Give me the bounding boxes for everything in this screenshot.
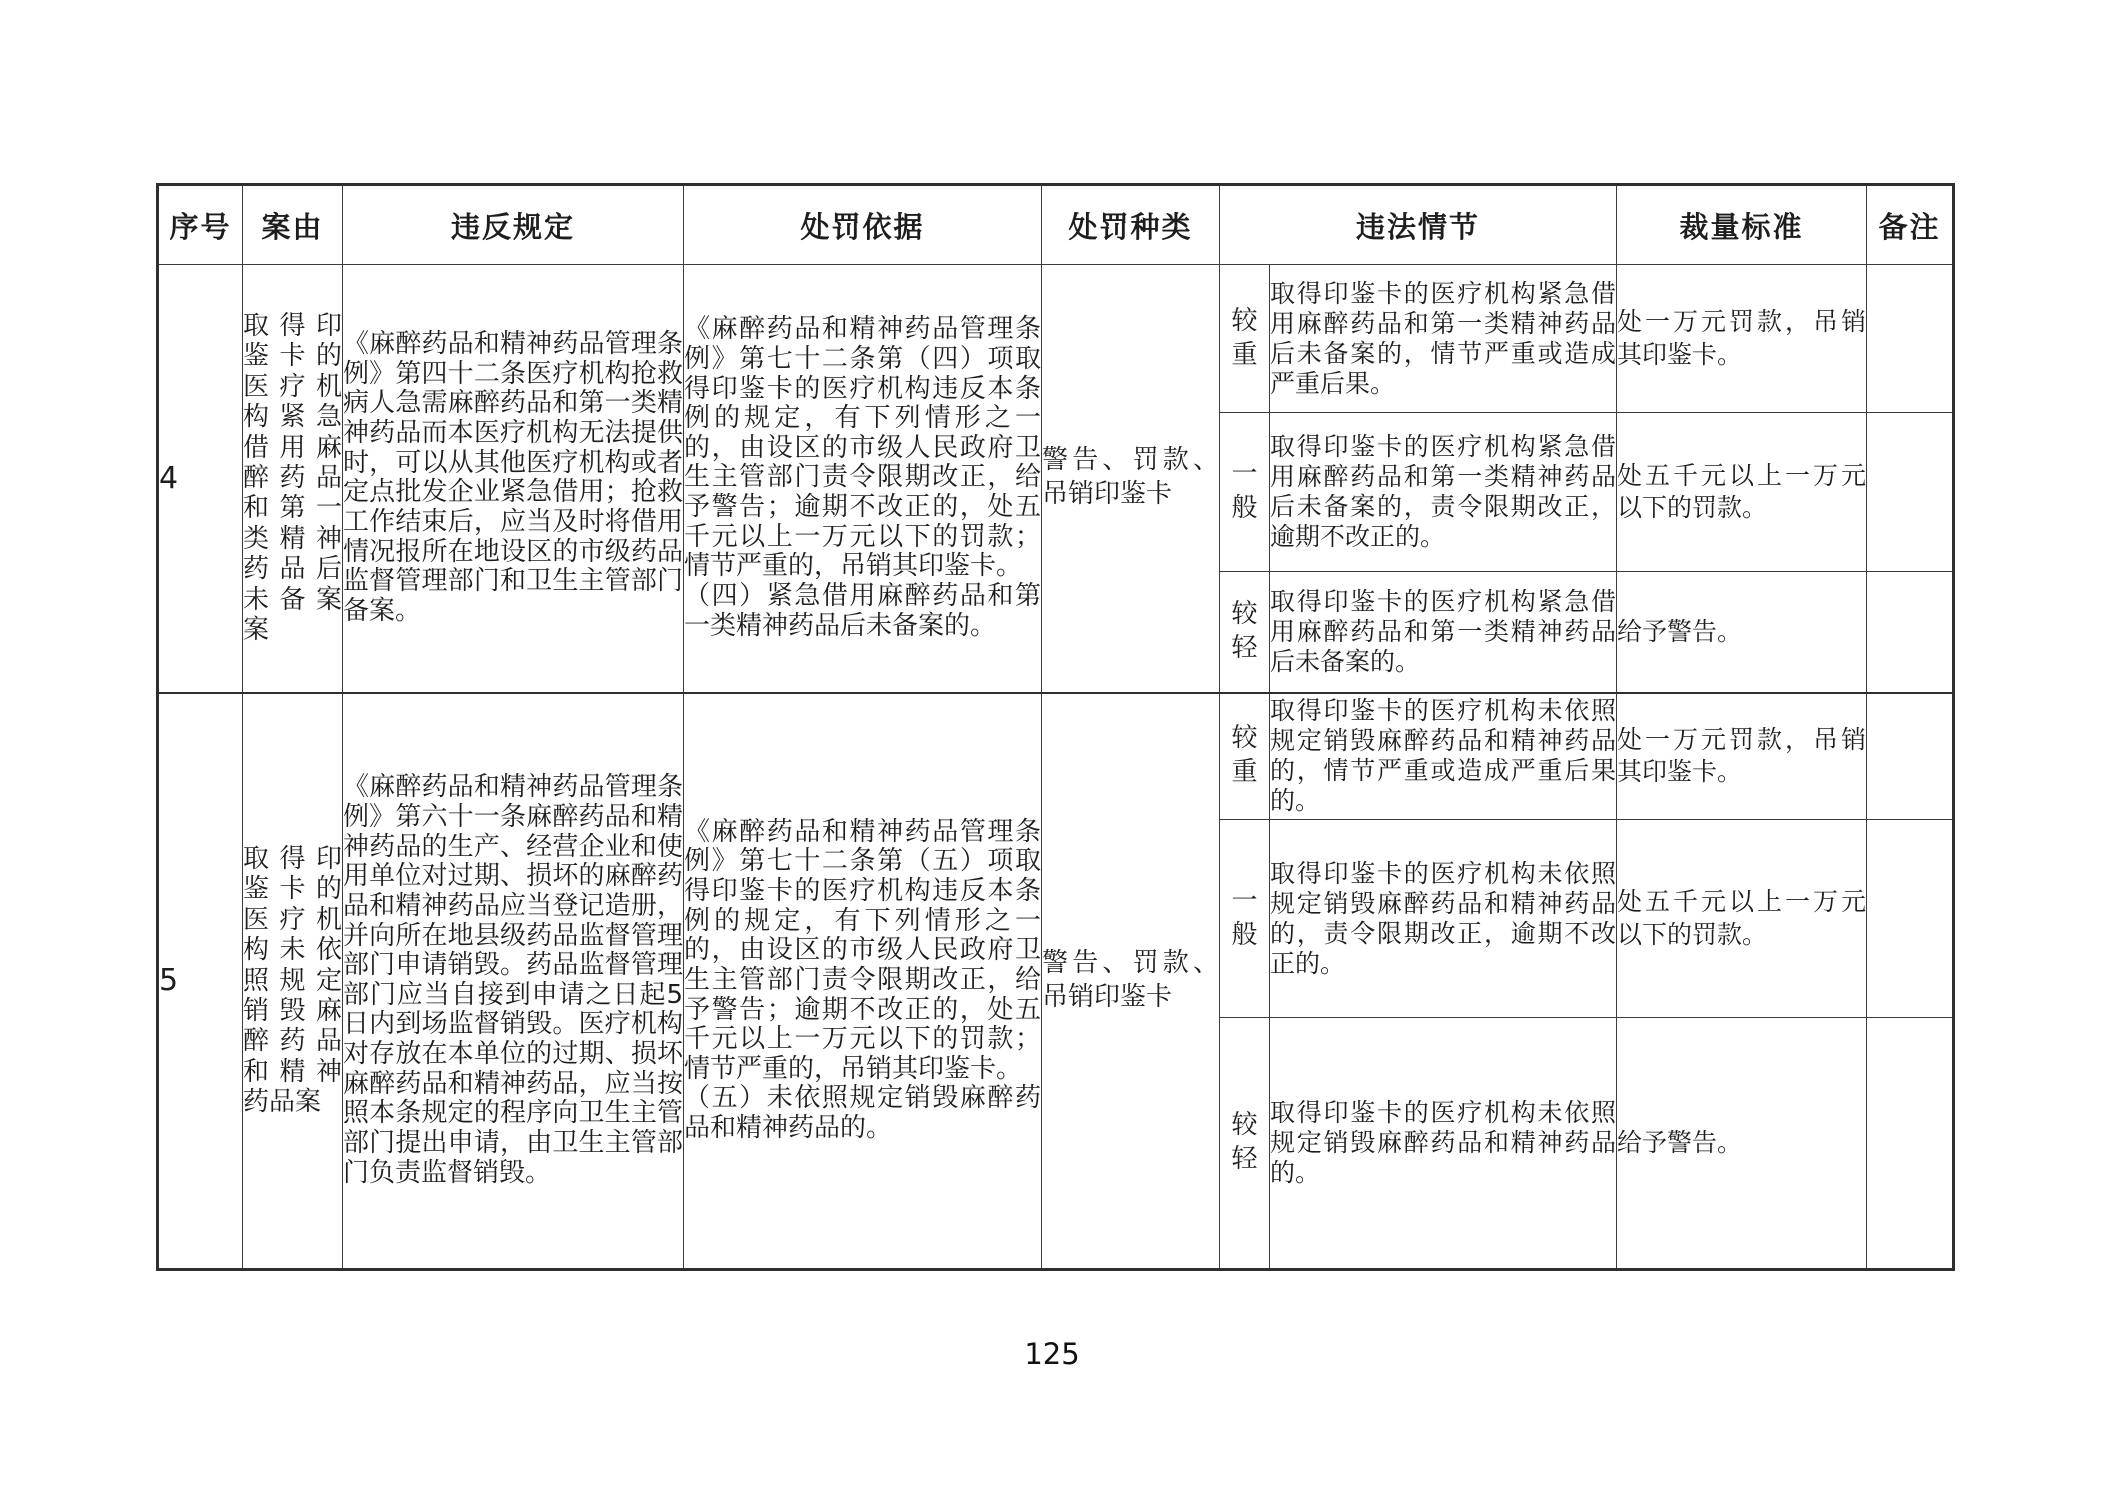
cell-remark [1867,1018,1954,1270]
cell-severity-level: 一般 [1220,820,1270,1018]
cell-penalty-basis: 《麻醉药品和精神药品管理条例》第七十二条第（四）项取得印鉴卡的医疗机构违反本条例… [684,265,1042,693]
penalty-basis-paragraph: 《麻醉药品和精神药品管理条例》第七十二条第（四）项取得印鉴卡的医疗机构违反本条例… [684,315,1041,582]
cell-cause: 取得印鉴卡的医疗机构紧急借用麻醉药品和第一类精神药品后未备案案 [243,265,343,693]
cell-discretion-standard: 给予警告。 [1617,572,1867,693]
cell-circumstance: 取得印鉴卡的医疗机构未依照规定销毁麻醉药品和精神药品的，责令限期改正，逾期不改正… [1270,820,1617,1018]
cell-remark [1867,693,1954,820]
table-header-row: 序号 案由 违反规定 处罚依据 处罚种类 违法情节 裁量标准 备注 [158,185,1954,265]
header-remarks: 备注 [1867,185,1954,265]
header-serial-number: 序号 [158,185,243,265]
cell-penalty-basis: 《麻醉药品和精神药品管理条例》第七十二条第（五）项取得印鉴卡的医疗机构违反本条例… [684,693,1042,1270]
table-row: 5 取得印鉴卡的医疗机构未依照规定销毁麻醉药品和精神药品案 《麻醉药品和精神药品… [158,693,1954,820]
cell-severity-level: 较重 [1220,693,1270,820]
cell-remark [1867,413,1954,572]
cell-penalty-type: 警告、罚款、吊销印鉴卡 [1042,265,1220,693]
header-discretion-standard: 裁量标准 [1617,185,1867,265]
cell-serial-number: 4 [158,265,243,693]
header-cause: 案由 [243,185,343,265]
cell-remark [1867,265,1954,413]
cell-circumstance: 取得印鉴卡的医疗机构紧急借用麻醉药品和第一类精神药品后未备案的，情节严重或造成严… [1270,265,1617,413]
cell-serial-number: 5 [158,693,243,1270]
header-violation: 违反规定 [343,185,684,265]
cell-penalty-type: 警告、罚款、吊销印鉴卡 [1042,693,1220,1270]
cell-discretion-standard: 给予警告。 [1617,1018,1867,1270]
cell-violation: 《麻醉药品和精神药品管理条例》第六十一条麻醉药品和精神药品的生产、经营企业和使用… [343,693,684,1270]
cell-severity-level: 一般 [1220,413,1270,572]
header-illegal-circumstances: 违法情节 [1220,185,1617,265]
cell-severity-level: 较重 [1220,265,1270,413]
cell-discretion-standard: 处一万元罚款，吊销其印鉴卡。 [1617,693,1867,820]
document-page: 序号 案由 违反规定 处罚依据 处罚种类 违法情节 裁量标准 备注 4 取得印鉴… [0,0,2104,1488]
cell-discretion-standard: 处五千元以上一万元以下的罚款。 [1617,413,1867,572]
cell-discretion-standard: 处五千元以上一万元以下的罚款。 [1617,820,1867,1018]
header-penalty-basis: 处罚依据 [684,185,1042,265]
cell-circumstance: 取得印鉴卡的医疗机构紧急借用麻醉药品和第一类精神药品后未备案的，责令限期改正，逾… [1270,413,1617,572]
cell-cause: 取得印鉴卡的医疗机构未依照规定销毁麻醉药品和精神药品案 [243,693,343,1270]
penalty-basis-item: （四）紧急借用麻醉药品和第一类精神药品后未备案的。 [684,582,1041,641]
header-penalty-type: 处罚种类 [1042,185,1220,265]
cell-remark [1867,572,1954,693]
page-number: 125 [0,1337,2104,1371]
cell-violation: 《麻醉药品和精神药品管理条例》第四十二条医疗机构抢救病人急需麻醉药品和第一类精神… [343,265,684,693]
penalty-basis-paragraph: 《麻醉药品和精神药品管理条例》第七十二条第（五）项取得印鉴卡的医疗机构违反本条例… [684,818,1041,1085]
cell-discretion-standard: 处一万元罚款，吊销其印鉴卡。 [1617,265,1867,413]
table-row: 4 取得印鉴卡的医疗机构紧急借用麻醉药品和第一类精神药品后未备案案 《麻醉药品和… [158,265,1954,413]
penalty-basis-item: （五）未依照规定销毁麻醉药品和精神药品的。 [684,1084,1041,1143]
cell-remark [1867,820,1954,1018]
cell-circumstance: 取得印鉴卡的医疗机构紧急借用麻醉药品和第一类精神药品后未备案的。 [1270,572,1617,693]
cell-circumstance: 取得印鉴卡的医疗机构未依照规定销毁麻醉药品和精神药品的，情节严重或造成严重后果的… [1270,693,1617,820]
penalty-standards-table: 序号 案由 违反规定 处罚依据 处罚种类 违法情节 裁量标准 备注 4 取得印鉴… [156,183,1955,1271]
cell-severity-level: 较轻 [1220,1018,1270,1270]
cell-severity-level: 较轻 [1220,572,1270,693]
cell-circumstance: 取得印鉴卡的医疗机构未依照规定销毁麻醉药品和精神药品的。 [1270,1018,1617,1270]
